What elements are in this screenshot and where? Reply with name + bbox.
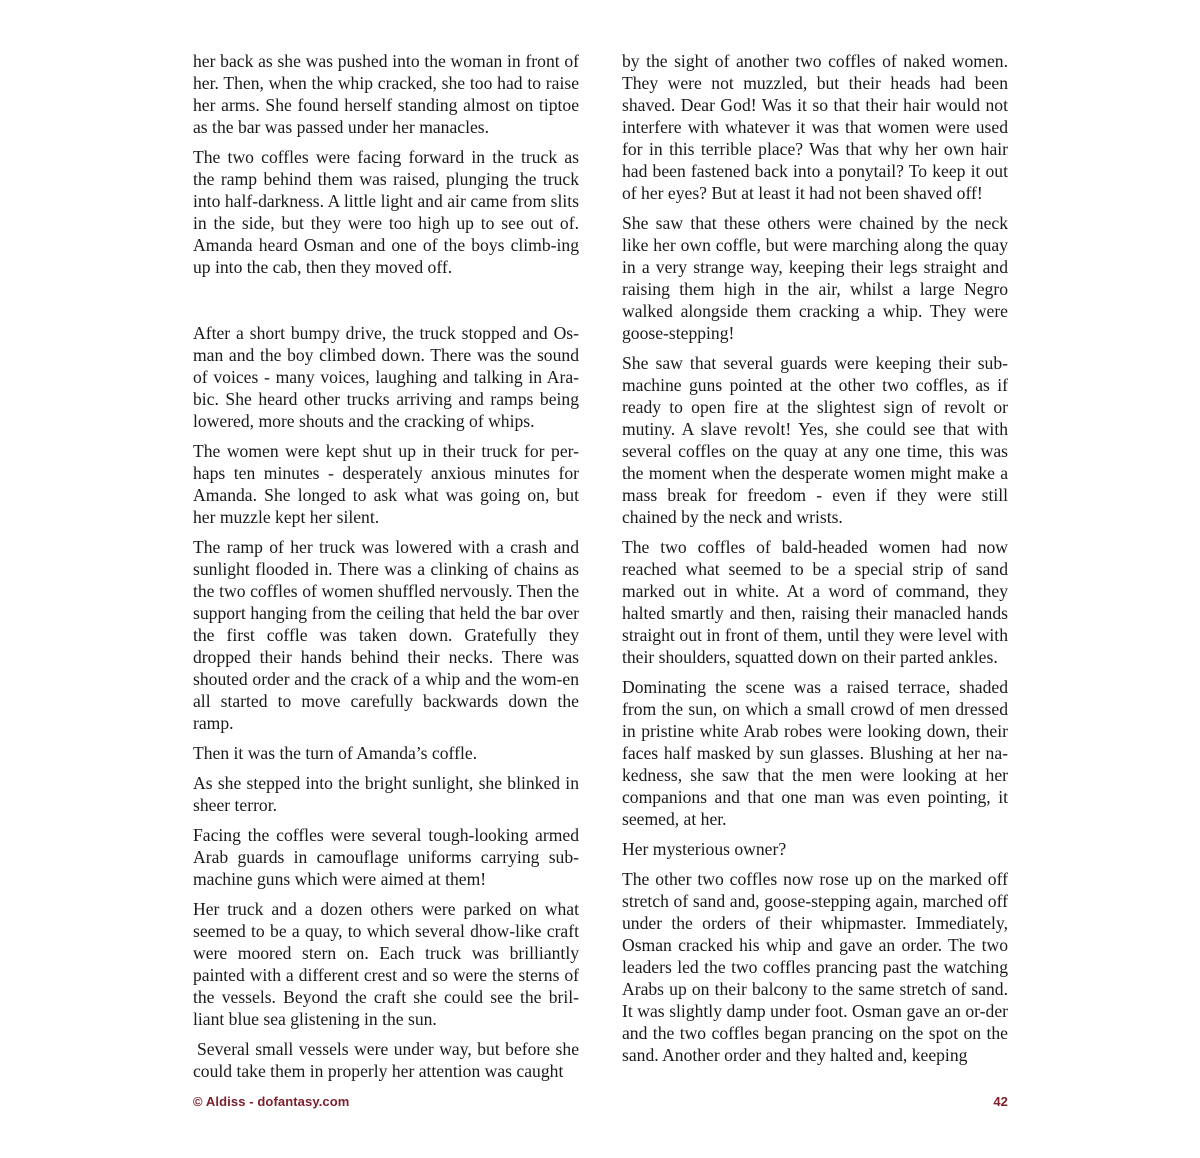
left-text-column: her back as she was pushed into the woma… — [193, 50, 579, 1090]
paragraph: Her mysterious owner? — [622, 838, 1008, 860]
page-number: 42 — [990, 1094, 1008, 1109]
paragraph: Facing the coffles were several tough-lo… — [193, 824, 579, 890]
paragraph: As she stepped into the bright sunlight,… — [193, 772, 579, 816]
paragraph: Then it was the turn of Amanda’s coffle. — [193, 742, 579, 764]
paragraph: The women were kept shut up in their tru… — [193, 440, 579, 528]
paragraph: She saw that these others were chained b… — [622, 212, 1008, 344]
paragraph: Several small vessels were under way, bu… — [193, 1038, 579, 1082]
paragraph: The two coffles were facing forward in t… — [193, 146, 579, 278]
footer-credit: © Aldiss - dofantasy.com — [193, 1094, 349, 1109]
document-page: her back as she was pushed into the woma… — [0, 0, 1200, 1158]
paragraph: her back as she was pushed into the woma… — [193, 50, 579, 138]
paragraph: Dominating the scene was a raised terrac… — [622, 676, 1008, 830]
paragraph: After a short bumpy drive, the truck sto… — [193, 322, 579, 432]
paragraph: Her truck and a dozen others were parked… — [193, 898, 579, 1030]
paragraph: by the sight of another two coffles of n… — [622, 50, 1008, 204]
paragraph: The other two coffles now rose up on the… — [622, 868, 1008, 1066]
paragraph: She saw that several guards were keeping… — [622, 352, 1008, 528]
paragraph: The ramp of her truck was lowered with a… — [193, 536, 579, 734]
paragraph: The two coffles of bald-headed women had… — [622, 536, 1008, 668]
right-text-column: by the sight of another two coffles of n… — [622, 50, 1008, 1074]
